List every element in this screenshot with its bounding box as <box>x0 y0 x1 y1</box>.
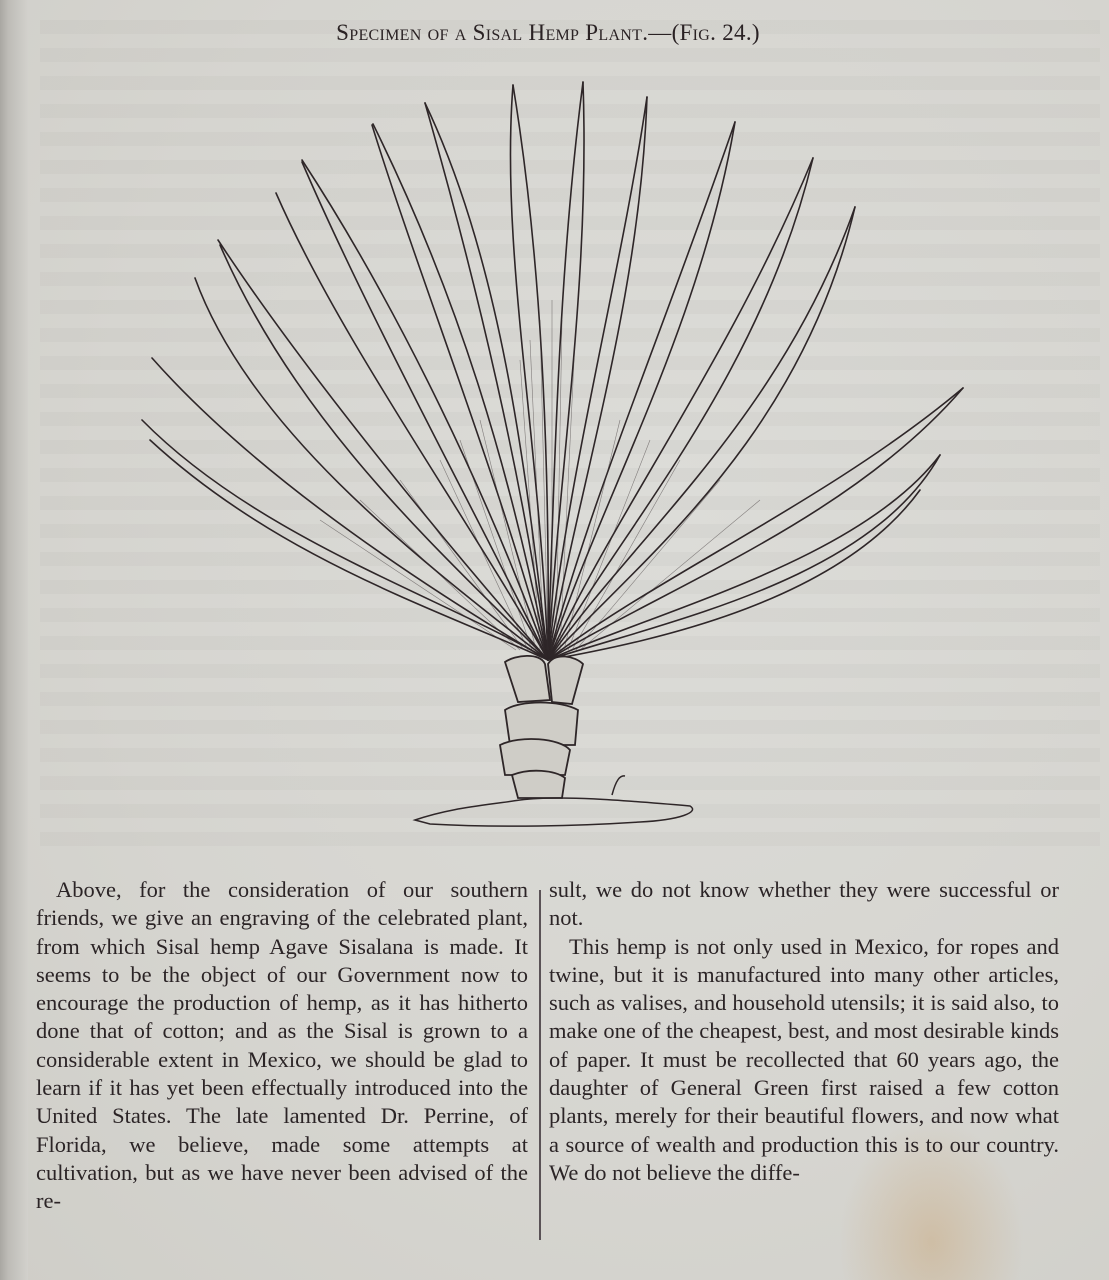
column-divider <box>539 890 541 1240</box>
book-gutter-shadow <box>0 0 28 1280</box>
article-paragraph: This hemp is not only used in Mexico, fo… <box>549 933 1059 1188</box>
figure-caption: Specimen of a Sisal Hemp Plant.—(Fig. 24… <box>268 20 828 46</box>
sisal-plant-engraving <box>130 75 980 845</box>
article-paragraph-continued: sult, we do not know whether they were s… <box>549 876 1059 933</box>
article-left-column: Above, for the consideration of our sout… <box>36 876 528 1216</box>
article-paragraph: Above, for the consideration of our sout… <box>36 876 528 1216</box>
book-page: Specimen of a Sisal Hemp Plant.—(Fig. 24… <box>0 0 1109 1280</box>
article-right-column: sult, we do not know whether they were s… <box>549 876 1059 1187</box>
